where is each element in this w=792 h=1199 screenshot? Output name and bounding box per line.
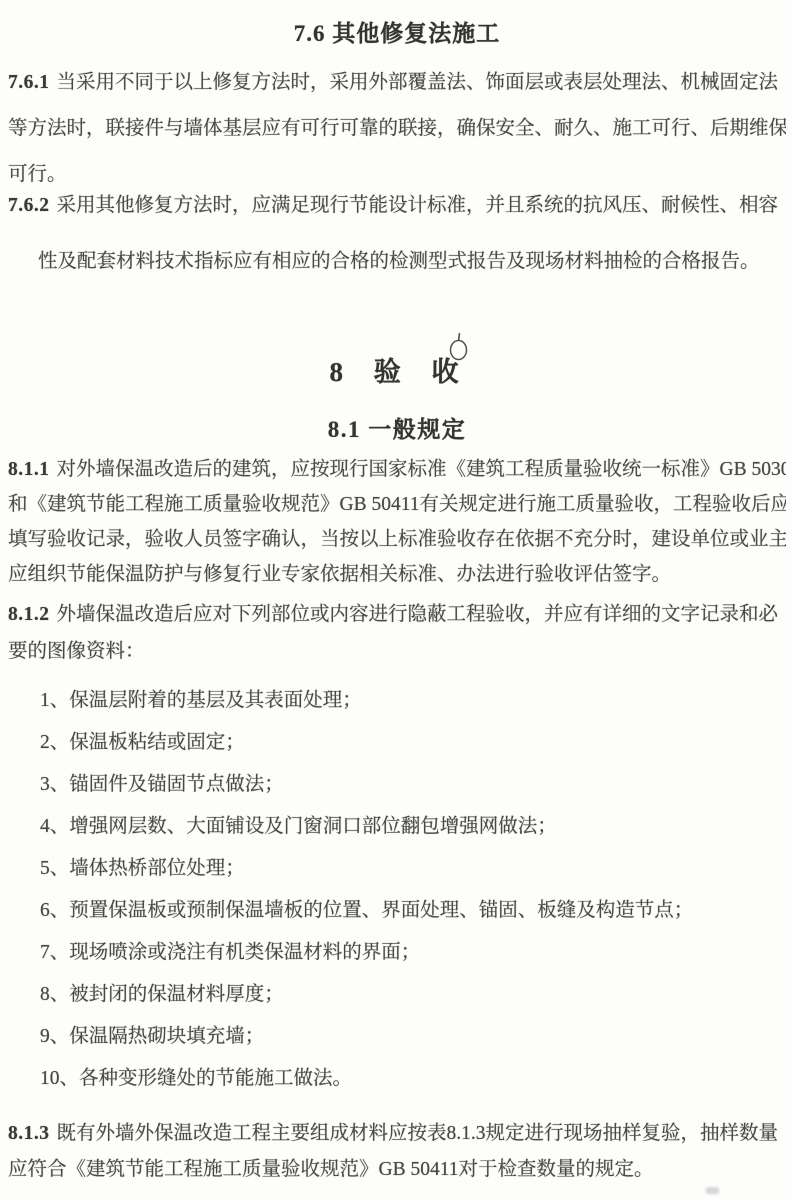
clause-text: 外墙保温改造后应对下列部位或内容进行隐蔽工程验收，并应有详细的文字记录和必 bbox=[57, 604, 779, 625]
inspection-item-list: 1、保温层附着的基层及其表面处理； 2、保温板粘结或固定； 3、锚固件及锚固节点… bbox=[8, 680, 786, 1100]
clause-8-1-1: 8.1.1对外墙保温改造后的建筑，应按现行国家标准《建筑工程质量验收统一标准》G… bbox=[8, 452, 786, 592]
list-item: 5、墙体热桥部位处理； bbox=[8, 848, 786, 890]
section-7-6-title: 7.6 其他修复法施工 bbox=[8, 15, 786, 48]
clause-number: 7.6.1 bbox=[8, 72, 50, 93]
list-item: 9、保温隔热砌块填充墙； bbox=[8, 1016, 786, 1058]
clause-number: 7.6.2 bbox=[8, 195, 50, 216]
clause-number: 8.1.2 bbox=[8, 604, 50, 625]
clause-line: 性及配套材料技术指标应有相应的合格的检测型式报告及现场材料抽检的合格报告。 bbox=[8, 234, 786, 290]
list-item: 3、锚固件及锚固节点做法； bbox=[8, 764, 786, 806]
list-item: 7、现场喷涂或浇注有机类保温材料的界面； bbox=[8, 932, 786, 974]
clause-line: 应组织节能保温防护与修复行业专家依据相关标准、办法进行验收评估签字。 bbox=[8, 557, 786, 592]
clause-line: 7.6.1当采用不同于以上修复方法时，采用外部覆盖法、饰面层或表层处理法、机械固… bbox=[8, 60, 786, 106]
circle-annotation-icon bbox=[448, 332, 470, 364]
clause-line: 要的图像资料： bbox=[8, 633, 786, 670]
clause-text: 采用其他修复方法时，应满足现行节能设计标准，并且系统的抗风压、耐候性、相容 bbox=[57, 195, 779, 216]
clause-line: 应符合《建筑节能工程施工质量验收规范》GB 50411对于检查数量的规定。 bbox=[8, 1152, 786, 1188]
clause-number: 8.1.3 bbox=[8, 1123, 50, 1144]
clause-line: 7.6.2采用其他修复方法时，应满足现行节能设计标准，并且系统的抗风压、耐候性、… bbox=[8, 178, 786, 234]
clause-line: 8.1.2外墙保温改造后应对下列部位或内容进行隐蔽工程验收，并应有详细的文字记录… bbox=[8, 596, 786, 633]
scan-artifact bbox=[706, 1187, 719, 1194]
clause-line: 填写验收记录，验收人员签字确认，当按以上标准验收存在依据不充分时，建设单位或业主 bbox=[8, 522, 786, 557]
section-8-1-title: 8.1 一般规定 bbox=[8, 411, 786, 444]
list-item: 4、增强网层数、大面铺设及门窗洞口部位翻包增强网做法； bbox=[8, 806, 786, 848]
clause-line: 8.1.1对外墙保温改造后的建筑，应按现行国家标准《建筑工程质量验收统一标准》G… bbox=[8, 452, 786, 487]
chapter-8-title: 8 验 收 bbox=[8, 350, 786, 389]
scanned-document-page: 7.6 其他修复法施工 7.6.1当采用不同于以上修复方法时，采用外部覆盖法、饰… bbox=[0, 0, 792, 1199]
clause-7-6-2: 7.6.2采用其他修复方法时，应满足现行节能设计标准，并且系统的抗风压、耐候性、… bbox=[8, 178, 786, 290]
clause-line: 8.1.3既有外墙外保温改造工程主要组成材料应按表8.1.3规定进行现场抽样复验… bbox=[8, 1116, 786, 1152]
clause-number: 8.1.1 bbox=[8, 459, 50, 480]
list-item: 1、保温层附着的基层及其表面处理； bbox=[8, 680, 786, 722]
clause-text: 既有外墙外保温改造工程主要组成材料应按表8.1.3规定进行现场抽样复验，抽样数量 bbox=[57, 1123, 779, 1144]
clause-line: 等方法时，联接件与墙体基层应有可行可靠的联接，确保安全、耐久、施工可行、后期维保 bbox=[8, 106, 786, 152]
list-item: 8、被封闭的保温材料厚度； bbox=[8, 974, 786, 1016]
clause-text: 对外墙保温改造后的建筑，应按现行国家标准《建筑工程质量验收统一标准》GB 503… bbox=[57, 459, 787, 480]
clause-line: 和《建筑节能工程施工质量验收规范》GB 50411有关规定进行施工质量验收，工程… bbox=[8, 487, 786, 522]
clause-8-1-2: 8.1.2外墙保温改造后应对下列部位或内容进行隐蔽工程验收，并应有详细的文字记录… bbox=[8, 596, 786, 670]
list-item: 6、预置保温板或预制保温墙板的位置、界面处理、锚固、板缝及构造节点； bbox=[8, 890, 786, 932]
list-item: 2、保温板粘结或固定； bbox=[8, 722, 786, 764]
clause-8-1-3: 8.1.3既有外墙外保温改造工程主要组成材料应按表8.1.3规定进行现场抽样复验… bbox=[8, 1116, 786, 1188]
clause-text: 当采用不同于以上修复方法时，采用外部覆盖法、饰面层或表层处理法、机械固定法 bbox=[57, 72, 779, 93]
list-item: 10、各种变形缝处的节能施工做法。 bbox=[8, 1058, 786, 1100]
